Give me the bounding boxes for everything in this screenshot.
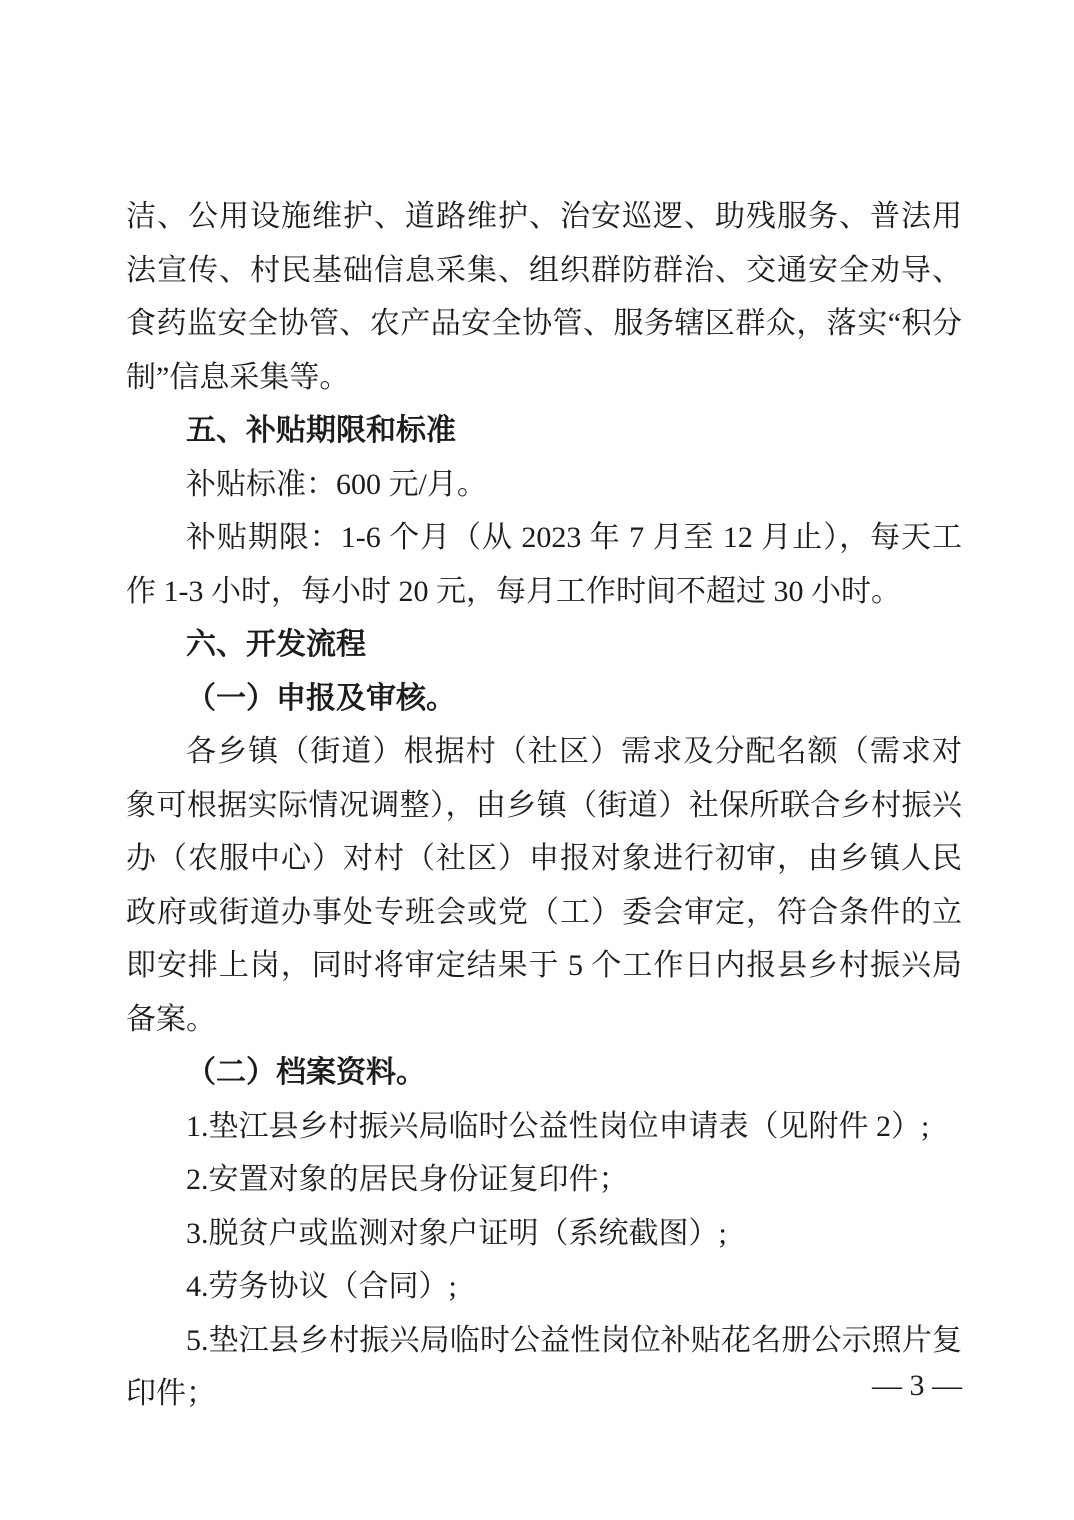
- archive-item-5: 5.垫江县乡村振兴局临时公益性岗位补贴花名册公示照片复印件；: [126, 1314, 962, 1421]
- section-6-heading: 六、开发流程: [126, 618, 962, 672]
- page-number: — 3 —: [872, 1366, 962, 1406]
- archive-item-1: 1.垫江县乡村振兴局临时公益性岗位申请表（见附件 2）;: [126, 1100, 962, 1154]
- section-6-subheading-1: （一）申报及审核。: [126, 672, 962, 726]
- section-5-heading: 五、补贴期限和标准: [126, 404, 962, 458]
- section-6-subheading-2: （二）档案资料。: [126, 1046, 962, 1100]
- subsidy-standard-paragraph: 补贴标准：600 元/月。: [126, 458, 962, 512]
- subsidy-period-paragraph: 补贴期限：1-6 个月（从 2023 年 7 月至 12 月止），每天工作 1-…: [126, 511, 962, 618]
- application-review-paragraph: 各乡镇（街道）根据村（社区）需求及分配名额（需求对象可根据实际情况调整），由乡镇…: [126, 725, 962, 1046]
- continuation-paragraph: 洁、公用设施维护、道路维护、治安巡逻、助残服务、普法用法宣传、村民基础信息采集、…: [126, 190, 962, 404]
- document-page: 洁、公用设施维护、道路维护、治安巡逻、助残服务、普法用法宣传、村民基础信息采集、…: [0, 0, 1074, 1520]
- document-body: 洁、公用设施维护、道路维护、治安巡逻、助残服务、普法用法宣传、村民基础信息采集、…: [126, 190, 962, 1421]
- archive-item-3: 3.脱贫户或监测对象户证明（系统截图）;: [126, 1207, 962, 1261]
- archive-item-2: 2.安置对象的居民身份证复印件；: [126, 1153, 962, 1207]
- archive-item-4: 4.劳务协议（合同）;: [126, 1260, 962, 1314]
